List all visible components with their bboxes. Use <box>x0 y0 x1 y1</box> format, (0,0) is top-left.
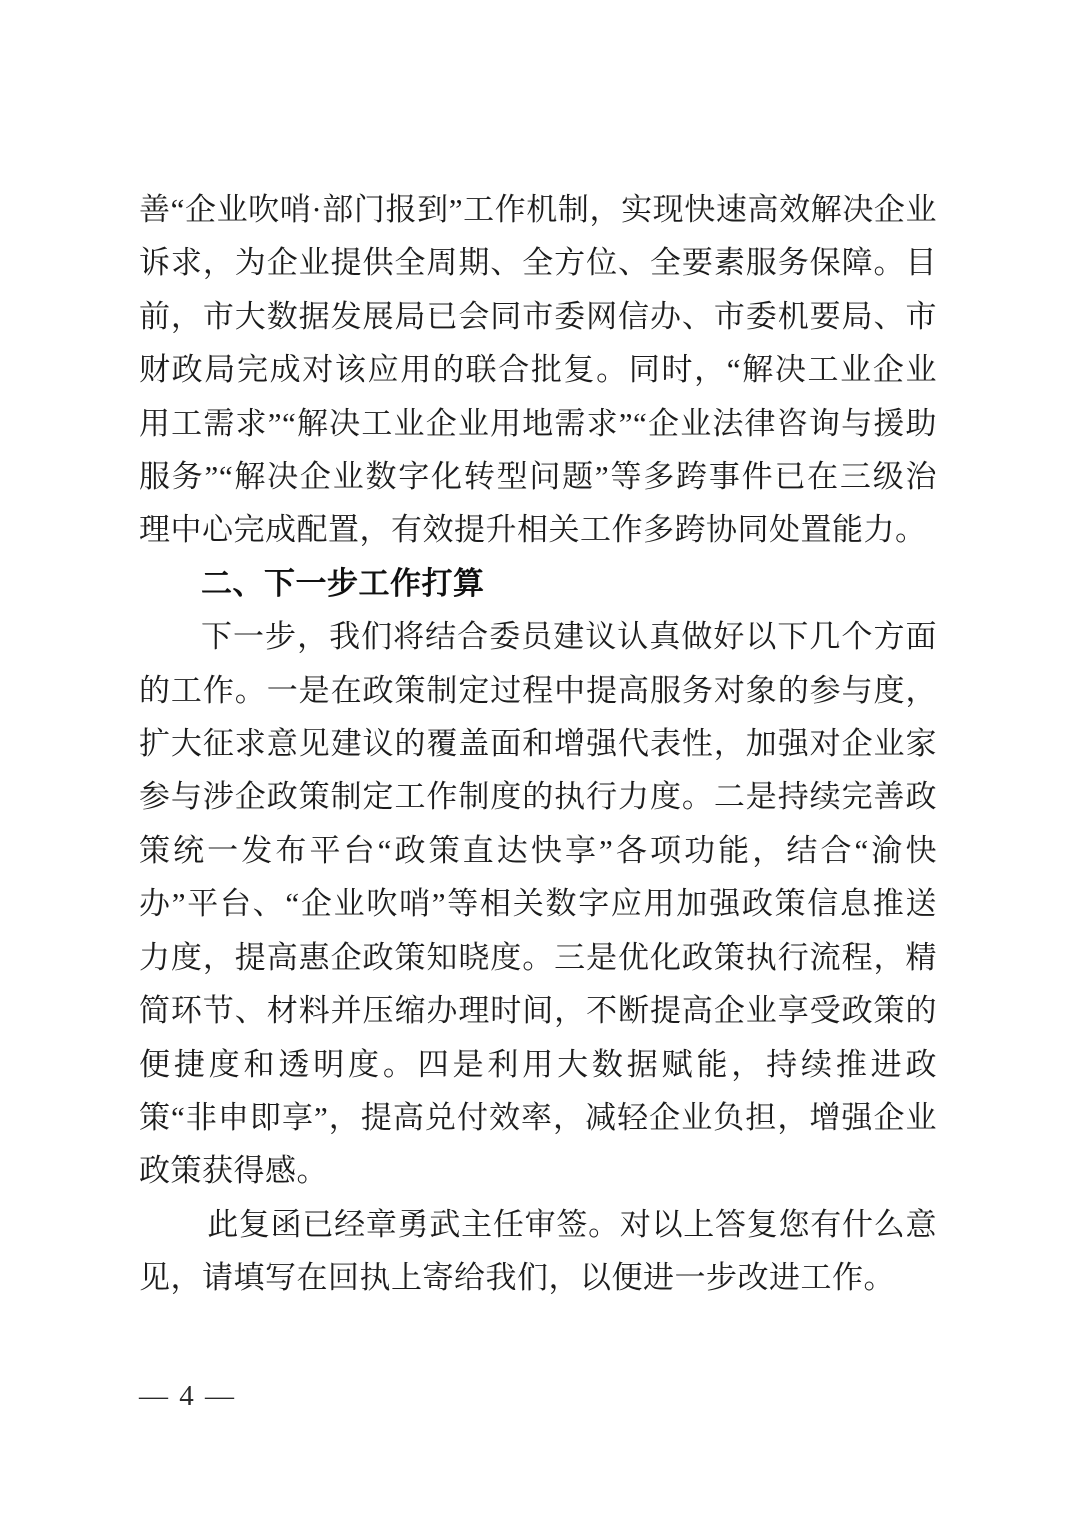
paragraph-next-steps: 下一步，我们将结合委员建议认真做好以下几个方面的工作。一是在政策制定过程中提高服… <box>139 610 937 1197</box>
paragraph-continuation: 善“企业吹哨·部门报到”工作机制，实现快速高效解决企业诉求，为企业提供全周期、全… <box>139 183 937 557</box>
paragraph-closing: 此复函已经章勇武主任审签。对以上答复您有什么意见，请填写在回执上寄给我们，以便进… <box>139 1198 937 1305</box>
document-page: 善“企业吹哨·部门报到”工作机制，实现快速高效解决企业诉求，为企业提供全周期、全… <box>0 0 1074 1520</box>
document-body: 善“企业吹哨·部门报到”工作机制，实现快速高效解决企业诉求，为企业提供全周期、全… <box>139 183 937 1305</box>
page-number: — 4 — <box>139 1376 236 1416</box>
section-heading: 二、下一步工作打算 <box>139 557 937 610</box>
